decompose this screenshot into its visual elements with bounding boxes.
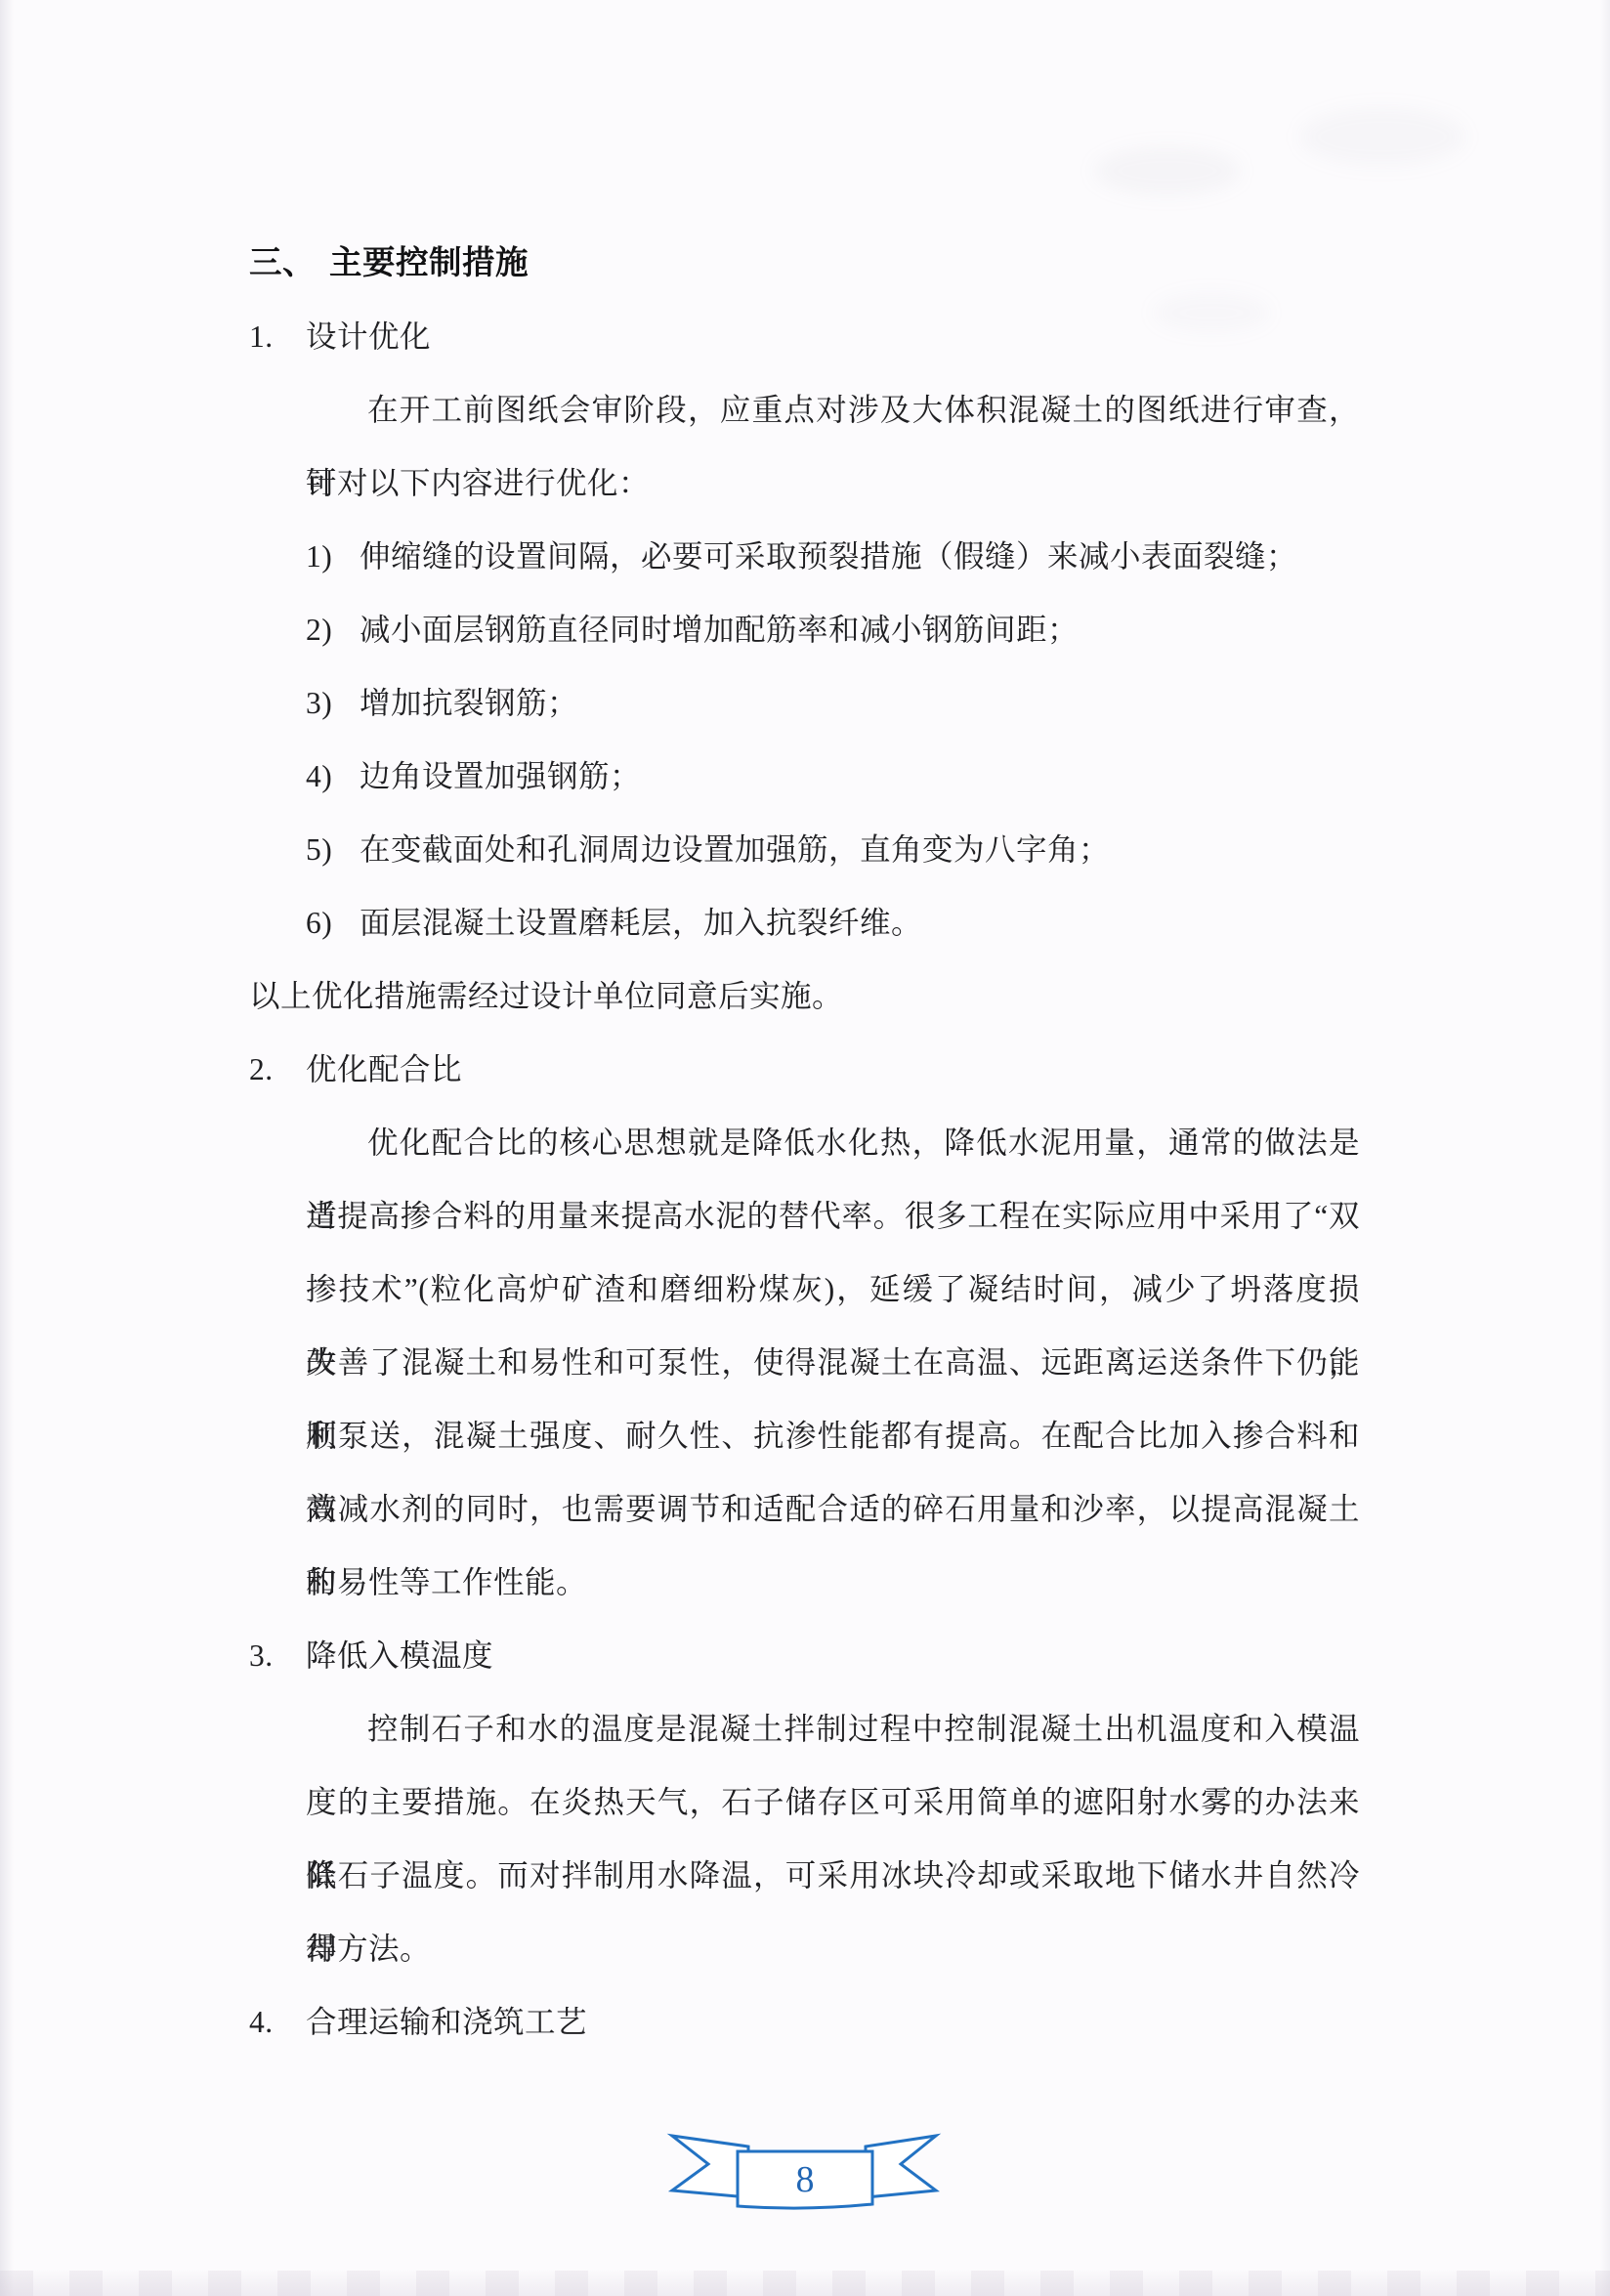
sub-list-item: 3)增加抗裂钢筋；: [0, 666, 1610, 740]
paragraph-line: 当提高掺合料的用量来提高水泥的替代率。很多工程在实际应用中采用了“双: [0, 1179, 1610, 1253]
line-text: 优化配合比: [306, 1033, 1610, 1106]
line-text: 以上优化措施需经过设计单位同意后实施。: [249, 959, 1360, 1033]
paragraph-line: 针对以下内容进行优化：: [0, 446, 1610, 520]
line-text: 面层混凝土设置磨耗层，加入抗裂纤维。: [360, 886, 1610, 959]
paragraph-line: 低石子温度。而对拌制用水降温，可采用冰块冷却或采取地下储水井自然冷却: [0, 1839, 1610, 1912]
page-number-ribbon: 8: [659, 2125, 953, 2223]
line-text: 在变截面处和孔洞周边设置加强筋，直角变为八字角；: [360, 813, 1610, 886]
paragraph-line: 改善了混凝土和易性和可泵性，使得混凝土在高温、远距离运送条件下仍能顺: [0, 1326, 1610, 1399]
paragraph-first-line: 优化配合比的核心思想就是降低水化热，降低水泥用量，通常的做法是适: [0, 1106, 1610, 1179]
sub-list-item: 6)面层混凝土设置磨耗层，加入抗裂纤维。: [0, 886, 1610, 959]
line-text: 合理运输和浇筑工艺: [306, 1985, 1610, 2059]
line-text: 针对以下内容进行优化：: [306, 446, 1360, 520]
line-text: 减小面层钢筋直径同时增加配筋率和减小钢筋间距；: [360, 593, 1610, 666]
scan-smudge: [1299, 107, 1465, 166]
scan-edge-bottom: [0, 2271, 1610, 2296]
sub-list-item: 5)在变截面处和孔洞周边设置加强筋，直角变为八字角；: [0, 813, 1610, 886]
paragraph-line: 度的主要措施。在炎热天气，石子储存区可采用简单的遮阳射水雾的办法来降: [0, 1765, 1610, 1839]
paragraph-line: 和易性等工作性能。: [0, 1546, 1610, 1619]
scanned-page: { "page": { "number": "8" }, "colors": {…: [0, 0, 1610, 2296]
paragraph-line: 掺技术”(粒化高炉矿渣和磨细粉煤灰)，延缓了凝结时间，减少了坍落度损失，: [0, 1253, 1610, 1326]
sub-list-item: 1)伸缩缝的设置间隔，必要可采取预裂措施（假缝）来减小表面裂缝；: [0, 520, 1610, 593]
list-item: 3.降低入模温度: [0, 1619, 1610, 1692]
list-number: 4.: [249, 1985, 274, 2059]
list-item: 4.合理运输和浇筑工艺: [0, 1985, 1610, 2059]
sub-list-item: 2)减小面层钢筋直径同时增加配筋率和减小钢筋间距；: [0, 593, 1610, 666]
document-body: 三、主要控制措施1.设计优化在开工前图纸会审阶段，应重点对涉及大体积混凝土的图纸…: [0, 227, 1610, 2059]
paragraph-line: 利泵送，混凝土强度、耐久性、抗渗性能都有提高。在配合比加入掺合料和高: [0, 1399, 1610, 1472]
line-text: 控制石子和水的温度是混凝土拌制过程中控制混凝土出机温度和入模温: [306, 1692, 1360, 1765]
line-text: 伸缩缝的设置间隔，必要可采取预裂措施（假缝）来减小表面裂缝；: [360, 520, 1610, 593]
list-number: 3): [306, 666, 332, 740]
paragraph-outdented-line: 以上优化措施需经过设计单位同意后实施。: [0, 959, 1610, 1033]
scan-smudge: [1094, 147, 1241, 195]
page-number: 8: [796, 2159, 815, 2200]
list-item: 1.设计优化: [0, 300, 1610, 373]
list-number: 4): [306, 740, 332, 813]
paragraph-first-line: 控制石子和水的温度是混凝土拌制过程中控制混凝土出机温度和入模温: [0, 1692, 1610, 1765]
list-number: 6): [306, 886, 332, 959]
list-number: 5): [306, 813, 332, 886]
line-text: 当提高掺合料的用量来提高水泥的替代率。很多工程在实际应用中采用了“双: [306, 1179, 1360, 1253]
list-number: 2): [306, 593, 332, 666]
list-item: 2.优化配合比: [0, 1033, 1610, 1106]
line-text: 降低入模温度: [306, 1619, 1610, 1692]
line-text: 主要控制措施: [329, 245, 529, 281]
list-number: 3.: [249, 1619, 274, 1692]
paragraph-line: 得方法。: [0, 1912, 1610, 1985]
list-number: 1): [306, 520, 332, 593]
paragraph-first-line: 在开工前图纸会审阶段，应重点对涉及大体积混凝土的图纸进行审查，可: [0, 373, 1610, 446]
line-text: 边角设置加强钢筋；: [360, 740, 1610, 813]
list-number: 2.: [249, 1033, 274, 1106]
line-text: 得方法。: [306, 1912, 1360, 1985]
line-text: 设计优化: [306, 300, 1610, 373]
list-number: 1.: [249, 300, 274, 373]
paragraph-line: 效减水剂的同时，也需要调节和适配合适的碎石用量和沙率，以提高混凝土的: [0, 1472, 1610, 1546]
line-text: 和易性等工作性能。: [306, 1546, 1360, 1619]
sub-list-item: 4)边角设置加强钢筋；: [0, 740, 1610, 813]
line-text: 增加抗裂钢筋；: [360, 666, 1610, 740]
ribbon-right-tail: [866, 2136, 936, 2197]
section-heading: 三、主要控制措施: [0, 227, 1610, 300]
list-number: 三、: [249, 227, 329, 300]
